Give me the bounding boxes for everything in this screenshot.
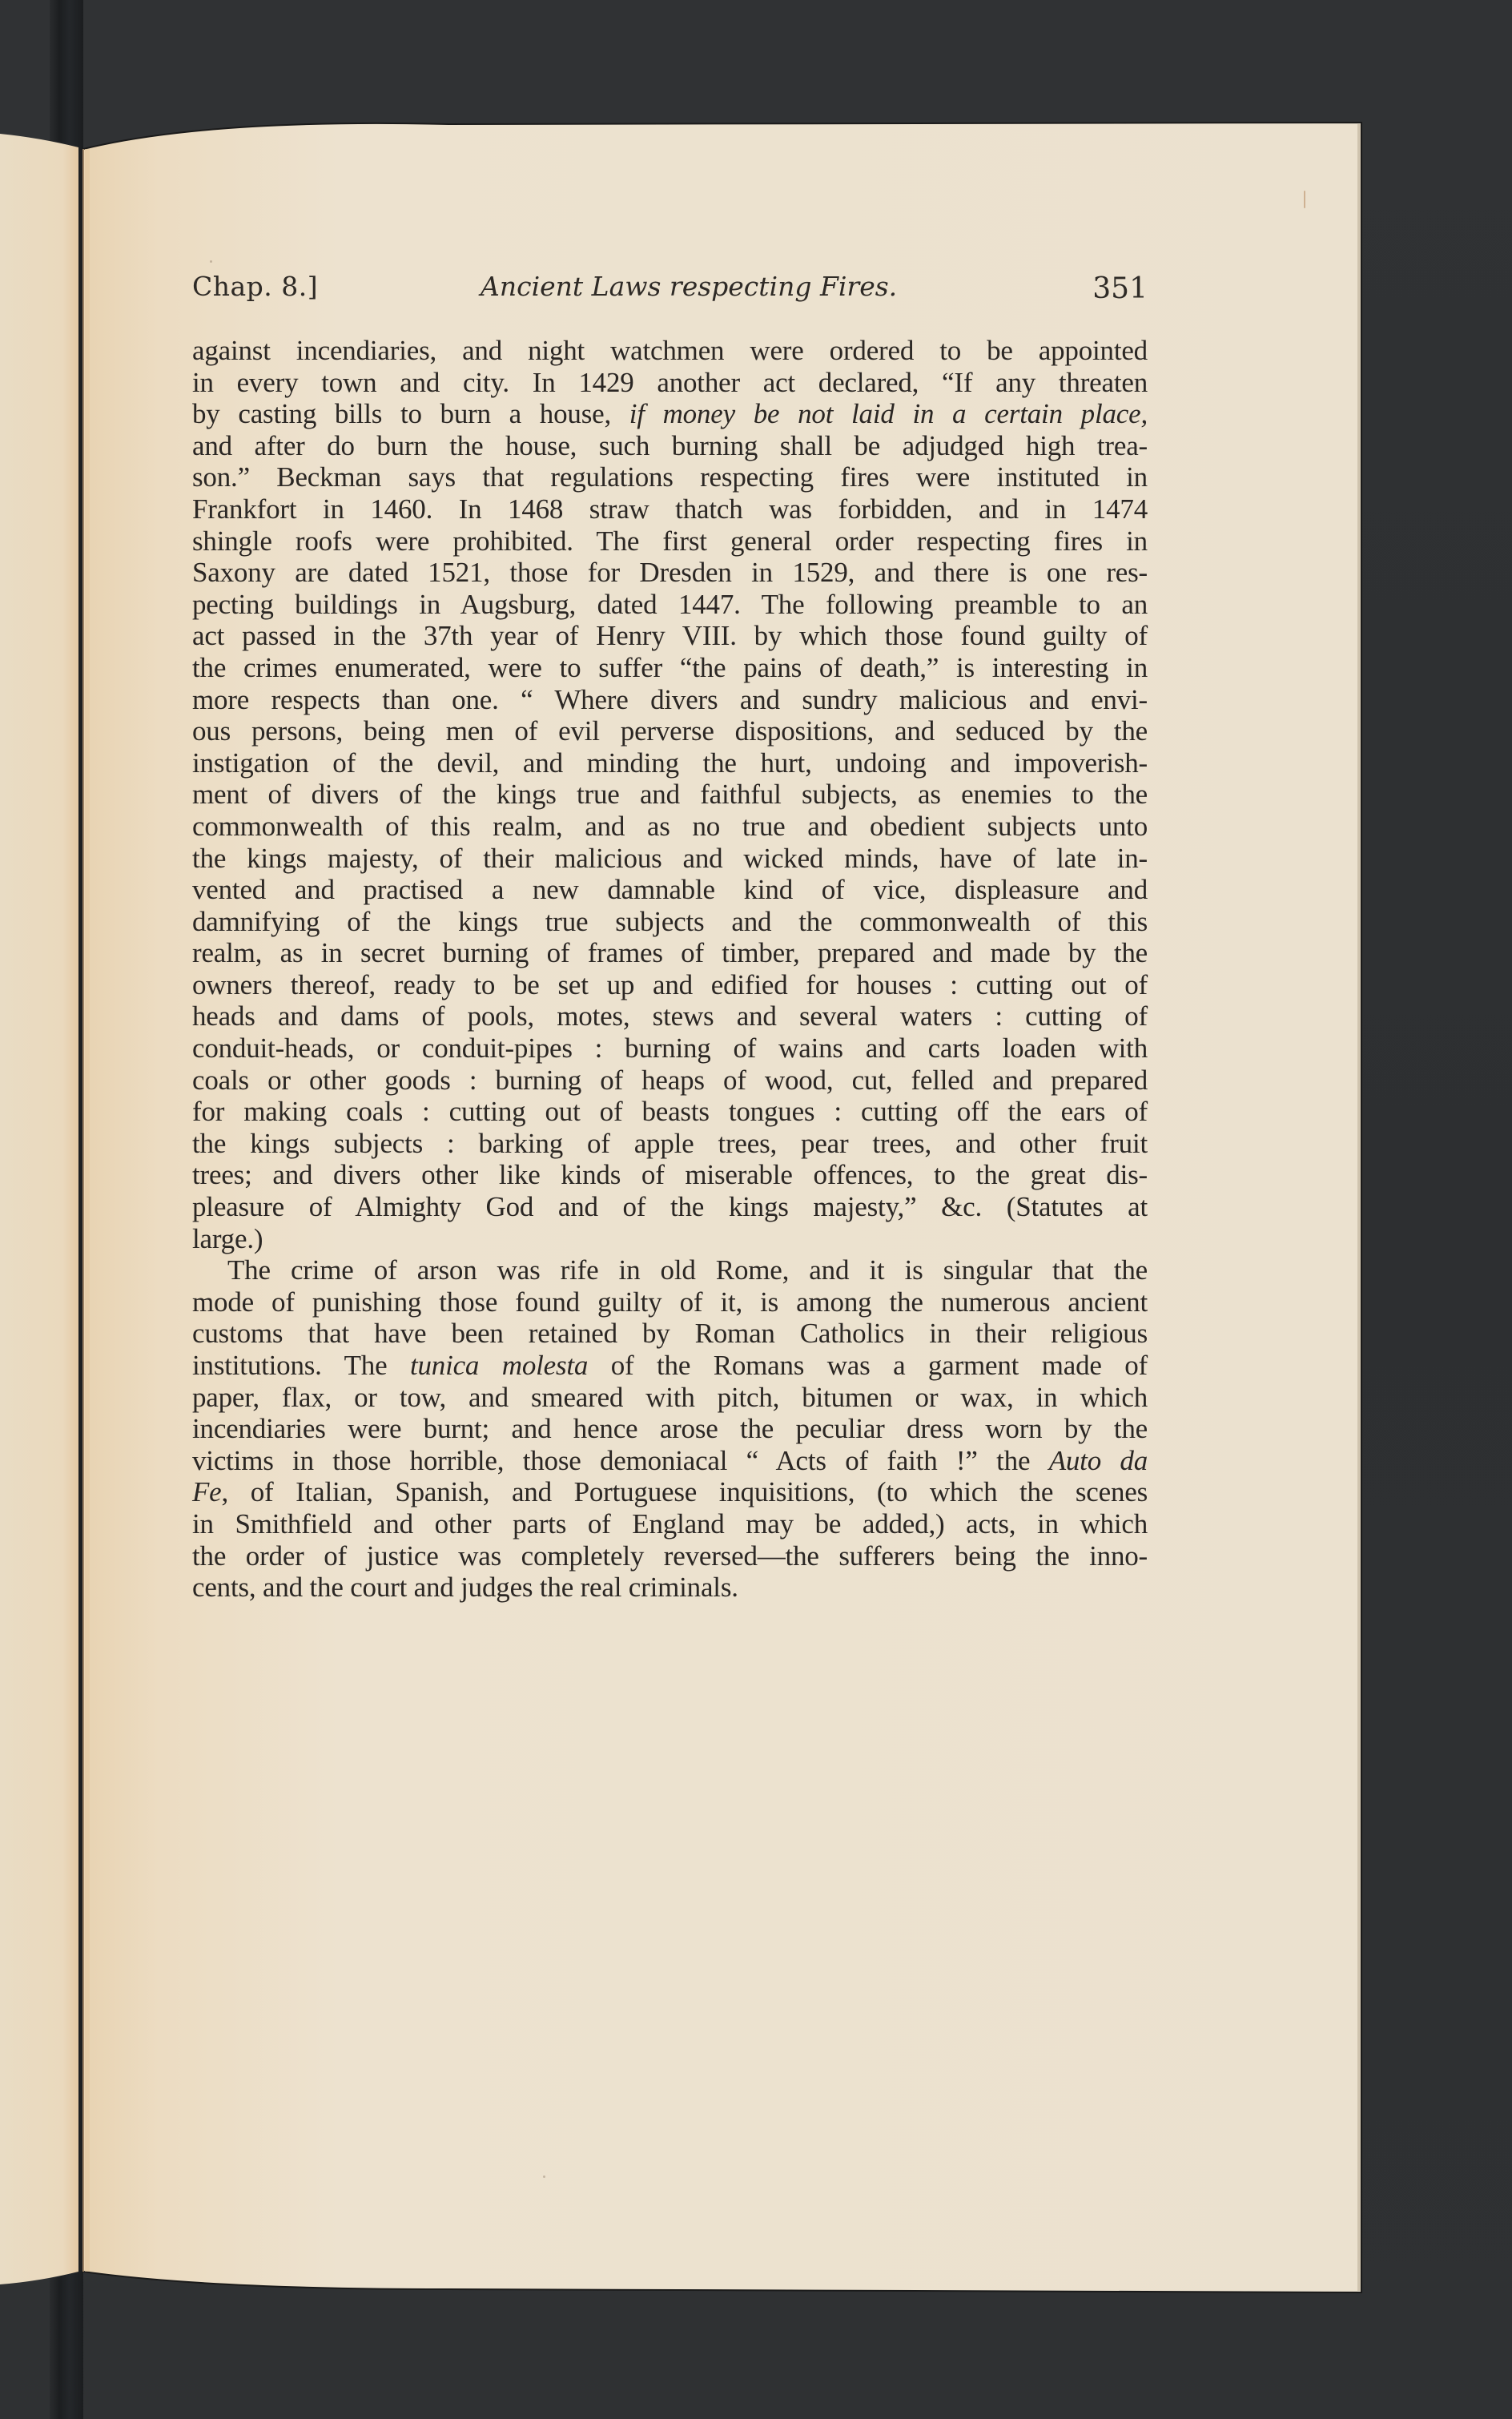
text-run: the order of justice was completely reve…	[192, 1540, 1148, 1572]
text-line: cents, and the court and judges the real…	[192, 1572, 1148, 1604]
text-line: realm, as in secret burning of frames of…	[192, 937, 1148, 969]
paper-speck	[1304, 191, 1305, 208]
paragraph: The crime of arson was rife in old Rome,…	[192, 1254, 1148, 1604]
text-line: paper, flax, or tow, and smeared with pi…	[192, 1382, 1148, 1414]
text-line: Frankfort in 1460. In 1468 straw thatch …	[192, 493, 1148, 525]
page-number: 351	[1092, 272, 1148, 305]
text-line: pecting buildings in Augsburg, dated 144…	[192, 589, 1148, 621]
italic-text: Auto da	[1049, 1445, 1148, 1476]
text-run: pleasure of Almighty God and of the king…	[192, 1191, 1148, 1222]
text-run: trees; and divers other like kinds of mi…	[192, 1159, 1148, 1190]
text-line: ous persons, being men of evil perverse …	[192, 715, 1148, 747]
text-run: cents, and the court and judges the real…	[192, 1572, 738, 1603]
text-run: against incendiaries, and night watchmen…	[192, 335, 1148, 366]
text-run: customs that have been retained by Roman…	[192, 1318, 1148, 1349]
text-line: more respects than one. “ Where divers a…	[192, 684, 1148, 716]
text-run: act passed in the 37th year of Henry VII…	[192, 620, 1148, 651]
text-line: Fe, of Italian, Spanish, and Portuguese …	[192, 1476, 1148, 1508]
running-head: Chap. 8.] Ancient Laws respecting Fires.…	[192, 271, 1148, 311]
text-run: shingle roofs were prohibited. The first…	[192, 525, 1148, 557]
chapter-label: Chap. 8.]	[192, 271, 318, 302]
text-run: paper, flax, or tow, and smeared with pi…	[192, 1382, 1148, 1413]
text-line: by casting bills to burn a house, if mon…	[192, 398, 1148, 430]
text-run: , of Italian, Spanish, and Portuguese in…	[222, 1476, 1148, 1507]
text-line: shingle roofs were prohibited. The first…	[192, 525, 1148, 557]
text-line: in Smithfield and other parts of England…	[192, 1508, 1148, 1540]
text-line: trees; and divers other like kinds of mi…	[192, 1159, 1148, 1191]
text-line: coals or other goods : burning of heaps …	[192, 1065, 1148, 1097]
text-run: incendiaries were burnt; and hence arose…	[192, 1413, 1148, 1444]
text-run: of the Romans was a garment made of	[588, 1350, 1148, 1381]
text-line: owners thereof, ready to be set up and e…	[192, 969, 1148, 1001]
text-line: ment of divers of the kings true and fai…	[192, 779, 1148, 811]
text-run: in Smithfield and other parts of England…	[192, 1508, 1148, 1540]
left-page	[0, 134, 78, 2284]
text-line: large.)	[192, 1223, 1148, 1255]
text-run: for making coals : cutting out of beasts…	[192, 1096, 1148, 1127]
text-line: customs that have been retained by Roman…	[192, 1318, 1148, 1350]
text-run: institutions. The	[192, 1350, 410, 1381]
text-run: The crime of arson was rife in old Rome,…	[227, 1254, 1148, 1286]
text-line: pleasure of Almighty God and of the king…	[192, 1191, 1148, 1223]
text-run: damnifying of the kings true subjects an…	[192, 906, 1148, 937]
text-line: son.” Beckman says that regulations resp…	[192, 461, 1148, 493]
text-line: Saxony are dated 1521, those for Dresden…	[192, 557, 1148, 589]
text-line: against incendiaries, and night watchmen…	[192, 335, 1148, 367]
text-run: the kings majesty, of their malicious an…	[192, 843, 1148, 874]
text-run: realm, as in secret burning of frames of…	[192, 937, 1148, 968]
text-run: ous persons, being men of evil perverse …	[192, 715, 1148, 747]
text-line: damnifying of the kings true subjects an…	[192, 906, 1148, 938]
paper-speck	[543, 2175, 545, 2178]
text-run: commonwealth of this realm, and as no tr…	[192, 811, 1148, 842]
text-line: the crimes enumerated, were to suffer “t…	[192, 652, 1148, 684]
text-line: conduit-heads, or conduit-pipes : burnin…	[192, 1032, 1148, 1065]
paragraph: against incendiaries, and night watchmen…	[192, 335, 1148, 1254]
text-run: conduit-heads, or conduit-pipes : burnin…	[192, 1032, 1148, 1064]
text-line: vented and practised a new damnable kind…	[192, 874, 1148, 906]
text-run: victims in those horrible, those demonia…	[192, 1445, 1049, 1476]
italic-text: Fe	[192, 1476, 222, 1507]
text-run: vented and practised a new damnable kind…	[192, 874, 1148, 905]
text-line: heads and dams of pools, motes, stews an…	[192, 1000, 1148, 1032]
text-run: and after do burn the house, such burnin…	[192, 430, 1148, 461]
text-run: the crimes enumerated, were to suffer “t…	[192, 652, 1148, 683]
italic-text: tunica molesta	[410, 1350, 588, 1381]
text-line: commonwealth of this realm, and as no tr…	[192, 811, 1148, 843]
running-title: Ancient Laws respecting Fires.	[481, 271, 897, 302]
text-line: and after do burn the house, such burnin…	[192, 430, 1148, 462]
text-run: ment of divers of the kings true and fai…	[192, 779, 1148, 810]
text-run: heads and dams of pools, motes, stews an…	[192, 1000, 1148, 1032]
paper-speck	[210, 260, 212, 263]
text-run: Frankfort in 1460. In 1468 straw thatch …	[192, 493, 1148, 525]
text-run: pecting buildings in Augsburg, dated 144…	[192, 589, 1148, 620]
text-run: instigation of the devil, and minding th…	[192, 747, 1148, 779]
text-line: the order of justice was completely reve…	[192, 1540, 1148, 1572]
text-line: the kings majesty, of their malicious an…	[192, 843, 1148, 875]
text-run: owners thereof, ready to be set up and e…	[192, 969, 1148, 1000]
text-line: incendiaries were burnt; and hence arose…	[192, 1413, 1148, 1445]
text-run: son.” Beckman says that regulations resp…	[192, 461, 1148, 493]
text-run: coals or other goods : burning of heaps …	[192, 1065, 1148, 1096]
text-line: in every town and city. In 1429 another …	[192, 367, 1148, 399]
text-line: act passed in the 37th year of Henry VII…	[192, 620, 1148, 652]
text-run: in every town and city. In 1429 another …	[192, 367, 1148, 398]
text-line: mode of punishing those found guilty of …	[192, 1286, 1148, 1318]
text-run: by casting bills to burn a house,	[192, 398, 629, 429]
body-text: against incendiaries, and night watchmen…	[192, 335, 1148, 1604]
text-line: for making coals : cutting out of beasts…	[192, 1096, 1148, 1128]
text-run: mode of punishing those found guilty of …	[192, 1286, 1148, 1318]
text-line: victims in those horrible, those demonia…	[192, 1445, 1148, 1477]
text-run: more respects than one. “ Where divers a…	[192, 684, 1148, 715]
text-line: The crime of arson was rife in old Rome,…	[192, 1254, 1148, 1286]
text-run: Saxony are dated 1521, those for Dresden…	[192, 557, 1148, 588]
text-run: large.)	[192, 1223, 263, 1254]
text-line: the kings subjects : barking of apple tr…	[192, 1128, 1148, 1160]
text-line: institutions. The tunica molesta of the …	[192, 1350, 1148, 1382]
italic-text: if money be not laid in a certain place,	[629, 398, 1148, 429]
text-run: the kings subjects : barking of apple tr…	[192, 1128, 1148, 1159]
text-line: instigation of the devil, and minding th…	[192, 747, 1148, 779]
